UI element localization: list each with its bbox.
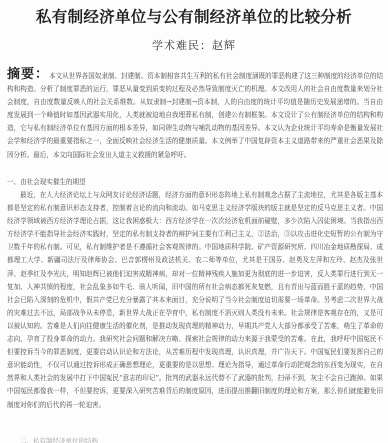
section-paragraph: 最近，在人大经济论坛上与众网友讨论经济话题，经济方面的意识形态阵地上私有制观念占… bbox=[7, 189, 383, 412]
abstract: 摘要：本文从世界各国奴隶制、封建制、资本制相容共生互利的私有社会制度涵既的罪恶构… bbox=[7, 68, 383, 162]
next-section-fragment: 二、私有制经济单位的结构 bbox=[20, 437, 110, 443]
section-heading: 一、由社会现实催生的期望 bbox=[7, 176, 383, 189]
scanned-paper-page: 私有制经济单位与公有制经济单位的比较分析 学术难民：赵辉 摘要：本文从世界各国奴… bbox=[0, 0, 388, 443]
paper-title: 私有制经济单位与公有制经济单位的比较分析 bbox=[0, 5, 388, 27]
abstract-label: 摘要： bbox=[7, 67, 49, 82]
abstract-text: 本文从世界各国奴隶制、封建制、资本制相容共生互利的私有社会制度涵既的罪恶构建了这… bbox=[7, 72, 383, 159]
author-line: 学术难民：赵辉 bbox=[0, 37, 388, 53]
